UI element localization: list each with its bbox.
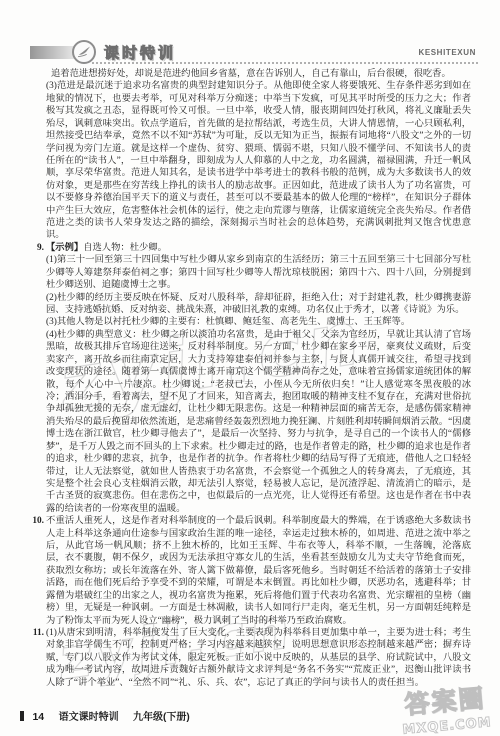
answer-item-11: 11. (1)从唐宋到明清，科举制度发生了巨大变化，主要表现为科举科目更加集中单…: [46, 627, 471, 689]
example-tag: 【示例】: [46, 243, 83, 253]
continuation-line: 追着范进想捞好处，却说是范进约他回乡省墓，意在告诉别人，自己有靠山，后台很硬，很…: [46, 68, 471, 80]
pen-swoosh-icon: [76, 44, 92, 60]
grade-label: 九年级(下册): [133, 712, 190, 723]
footer-bar-icon: [20, 711, 24, 721]
header-dotted-rule: [92, 62, 478, 64]
answer-9-part2: (2)杜少卿的经历主要反映在怀疑、反对八股科举，辞却征辟，拒绝入仕；对于封建礼教…: [46, 292, 471, 317]
answers-text-block: 追着范进想捞好处，却说是范进约他回乡省墓，意在告诉别人，自己有靠山，后台很硬，很…: [46, 68, 471, 689]
answer-10-text: 不重活人重死人，这是作者对科举制度的一个最后讽刺。科举制度最大的弊端，在于诱惑绝…: [46, 515, 471, 627]
answer-9-heading: 【示例】自选人物：杜少卿。: [46, 242, 471, 254]
brand-title: 课时特训: [104, 42, 176, 63]
workbook-page: zyjl.cn zyjl.cn 课时特训 KESHITEXUN 追着范进想捞好处…: [0, 0, 500, 736]
answer-11-text: (1)从唐宋到明清，科举制度发生了巨大变化，主要表现为科举科目更加集中单一，主要…: [46, 627, 471, 689]
answer-9-part4: (4)杜少卿的典型意义：杜少卿之所以淡泊功名富贵，是由于祖父、父亲为官经历，早就…: [46, 329, 471, 515]
answer-circle-site-text: MXQE.COM: [394, 714, 500, 736]
page-footer: 14 语文课时特训 九年级(下册): [20, 707, 190, 721]
answer-item-9: 9. 【示例】自选人物：杜少卿。 (1)第三十一回至第三十四回集中写杜少卿从家乡…: [46, 242, 471, 515]
answer-number: 11.: [33, 627, 46, 639]
answer-9-heading-text: 自选人物：杜少卿。: [83, 243, 167, 253]
answer-8-part3: (3)范进是最沉迷于追求功名富贵的典型封建知识分子。从他即使全家人将要饿死、生存…: [46, 80, 471, 241]
answer-number: 10.: [32, 515, 46, 527]
page-number: 14: [32, 711, 44, 723]
brand-roman-label: KESHITEXUN: [418, 48, 476, 57]
page-header: 课时特训 KESHITEXUN: [30, 40, 478, 66]
answer-number: 9.: [37, 242, 46, 254]
pen-circle-icon: [72, 40, 96, 64]
gradient-bar-icon: [30, 46, 76, 59]
answer-item-10: 10. 不重活人重死人，这是作者对科举制度的一个最后讽刺。科举制度最大的弊端，在…: [46, 515, 471, 627]
answer-9-part1: (1)第三十一回至第三十四回集中写杜少卿从家乡到南京的生活经历；第三十五回至第三…: [46, 254, 471, 291]
answer-9-part3: (3)其他人物是以衬托杜少卿的主要有：杜慎卿、鲍廷玺、高老先生、虞博士、王玉辉等…: [46, 316, 471, 328]
book-title: 语文课时特训: [59, 712, 119, 723]
